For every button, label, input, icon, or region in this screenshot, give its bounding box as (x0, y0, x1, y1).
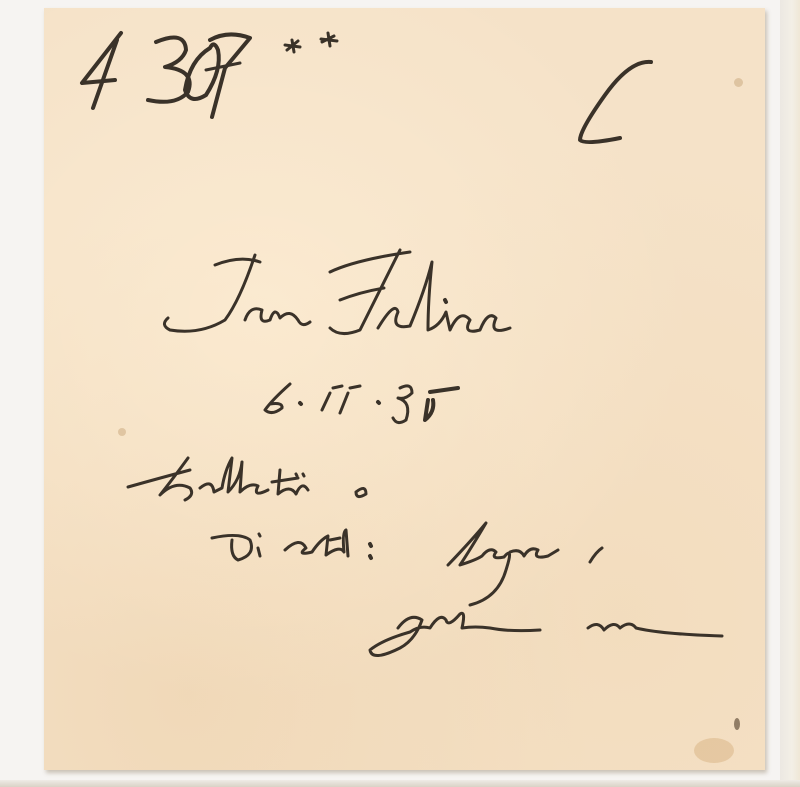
notes-strokes (0, 0, 800, 787)
